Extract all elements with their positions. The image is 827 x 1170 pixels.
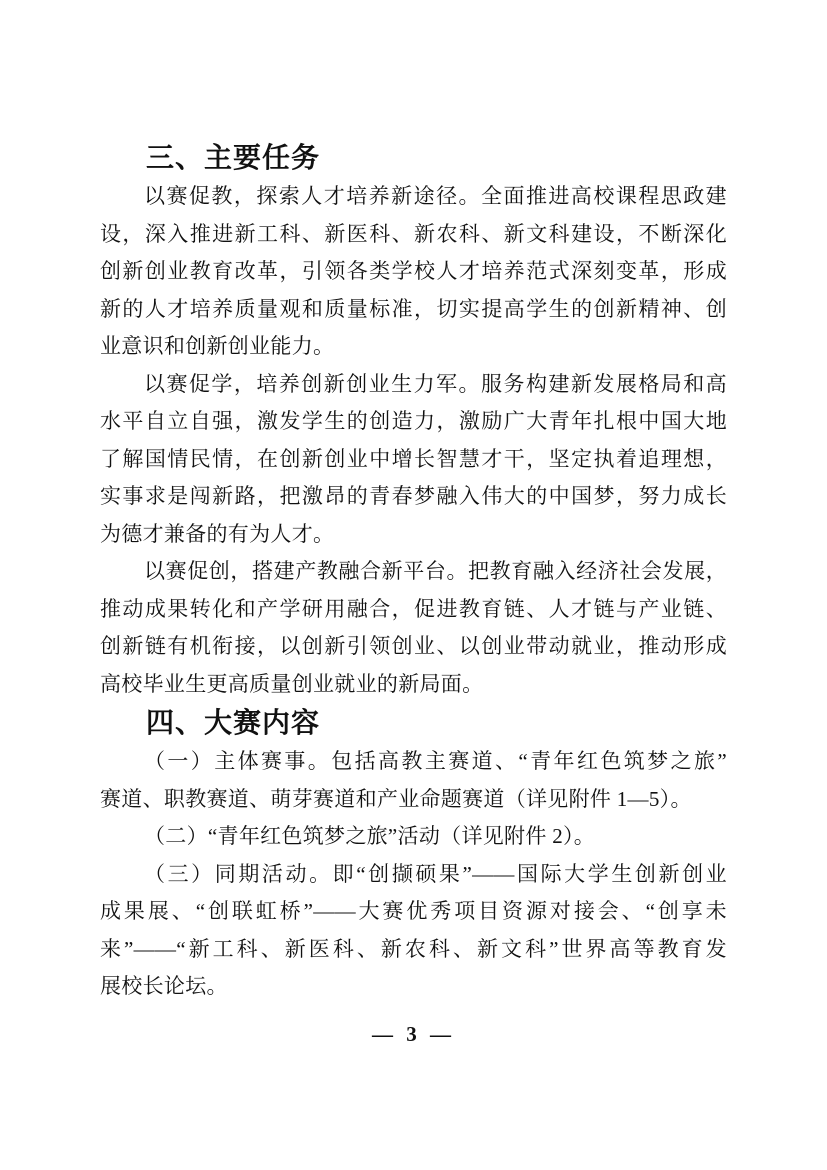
text-line: 新的人才培养质量观和质量标准，切实提高学生的创新精神、创 — [100, 291, 727, 329]
text-line: 来”——“新工科、新医科、新农科、新文科”世界高等教育发 — [100, 931, 727, 969]
text-line: 推动成果转化和产学研用融合，促进教育链、人才链与产业链、 — [100, 591, 727, 629]
text-line: 高校毕业生更高质量创业就业的新局面。 — [100, 666, 727, 704]
page-number: — 3 — — [0, 1022, 827, 1047]
paragraph-promote-learning: 以赛促学，培养创新创业生力军。服务构建新发展格局和高 水平自立自强，激发学生的创… — [100, 366, 727, 554]
document-page: 三、主要任务 以赛促教，探索人才培养新途径。全面推进高校课程思政建 设，深入推进… — [0, 0, 827, 1170]
section-heading-competition-content: 四、大赛内容 — [100, 703, 727, 743]
text-line: 以赛促创，搭建产教融合新平台。把教育融入经济社会发展， — [100, 553, 727, 591]
text-line: 成果展、“创联虹桥”——大赛优秀项目资源对接会、“创享未 — [100, 893, 727, 931]
paragraph-promote-innovation: 以赛促创，搭建产教融合新平台。把教育融入经济社会发展， 推动成果转化和产学研用融… — [100, 553, 727, 703]
paragraph-promote-teaching: 以赛促教，探索人才培养新途径。全面推进高校课程思政建 设，深入推进新工科、新医科… — [100, 178, 727, 366]
text-line: 业意识和创新创业能力。 — [100, 328, 727, 366]
text-line: 了解国情民情，在创新创业中增长智慧才干，坚定执着追理想， — [100, 441, 727, 479]
text-line: （二）“青年红色筑梦之旅”活动（详见附件 2）。 — [100, 818, 727, 856]
text-line: 水平自立自强，激发学生的创造力，激励广大青年扎根中国大地 — [100, 403, 727, 441]
text-line: 创新创业教育改革，引领各类学校人才培养范式深刻变革，形成 — [100, 253, 727, 291]
text-line: 展校长论坛。 — [100, 968, 727, 1006]
text-line: 实事求是闯新路，把激昂的青春梦融入伟大的中国梦，努力成长 — [100, 478, 727, 516]
paragraph-concurrent-activities: （三）同期活动。即“创撷硕果”——国际大学生创新创业 成果展、“创联虹桥”——大… — [100, 856, 727, 1006]
text-line: 以赛促教，探索人才培养新途径。全面推进高校课程思政建 — [100, 178, 727, 216]
paragraph-red-dream-journey: （二）“青年红色筑梦之旅”活动（详见附件 2）。 — [100, 818, 727, 856]
text-line: 赛道、职教赛道、萌芽赛道和产业命题赛道（详见附件 1—5）。 — [100, 781, 727, 819]
text-line: （一）主体赛事。包括高教主赛道、“青年红色筑梦之旅” — [100, 743, 727, 781]
text-line: 设，深入推进新工科、新医科、新农科、新文科建设，不断深化 — [100, 216, 727, 254]
section-heading-main-tasks: 三、主要任务 — [100, 138, 727, 178]
text-line: （三）同期活动。即“创撷硕果”——国际大学生创新创业 — [100, 856, 727, 894]
text-line: 以赛促学，培养创新创业生力军。服务构建新发展格局和高 — [100, 366, 727, 404]
document-content: 三、主要任务 以赛促教，探索人才培养新途径。全面推进高校课程思政建 设，深入推进… — [100, 138, 727, 1006]
paragraph-main-events: （一）主体赛事。包括高教主赛道、“青年红色筑梦之旅” 赛道、职教赛道、萌芽赛道和… — [100, 743, 727, 818]
text-line: 创新链有机衔接，以创新引领创业、以创业带动就业，推动形成 — [100, 628, 727, 666]
text-line: 为德才兼备的有为人才。 — [100, 516, 727, 554]
